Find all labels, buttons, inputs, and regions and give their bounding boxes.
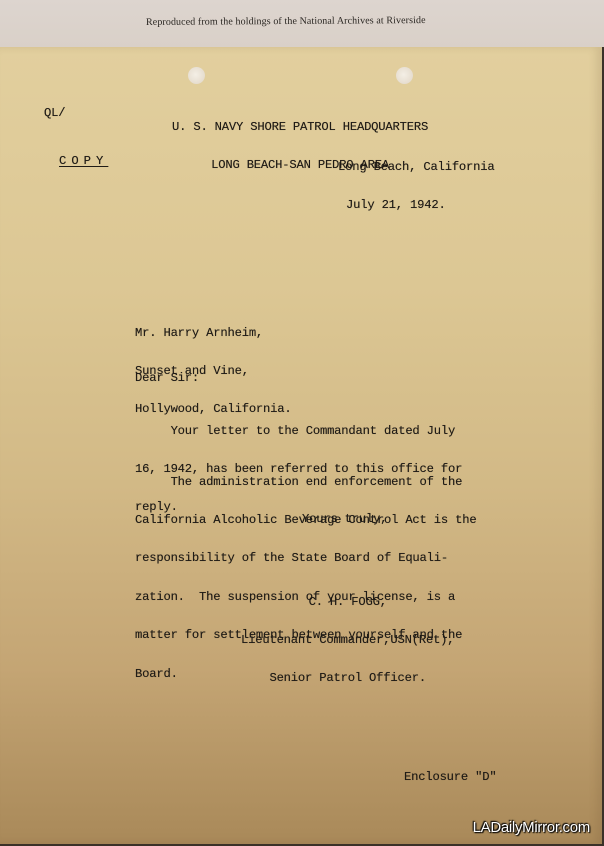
letterhead-line-1: U. S. NAVY SHORE PATROL HEADQUARTERS	[172, 121, 428, 134]
signer-name: C. H. FOGG,	[241, 596, 454, 609]
signer-rank: Lieutenant Commander,USN(Ret),	[241, 634, 454, 647]
scanner-background: Reproduced from the holdings of the Nati…	[0, 0, 604, 48]
date: July 21, 1942.	[338, 199, 495, 212]
punch-hole-icon	[396, 67, 413, 84]
letter-page: QL/ U. S. NAVY SHORE PATROL HEADQUARTERS…	[0, 47, 604, 846]
place: Long Beach, California	[338, 161, 495, 174]
copy-stamp: COPY	[59, 155, 108, 168]
body-line: responsibility of the State Board of Equ…	[135, 552, 476, 565]
body-line: Your letter to the Commandant dated July	[135, 425, 462, 438]
body-line: The administration end enforcement of th…	[135, 476, 476, 489]
salutation: Dear Sir:	[135, 372, 199, 385]
reference-initials: QL/	[44, 107, 65, 120]
signer-title: Senior Patrol Officer.	[241, 672, 454, 685]
archive-reproduction-note: Reproduced from the holdings of the Nati…	[146, 15, 426, 28]
dateline: Long Beach, California July 21, 1942.	[338, 136, 495, 237]
site-watermark: LADailyMirror.com	[473, 819, 590, 836]
enclosure-note: Enclosure "D"	[404, 771, 496, 784]
recipient-line: Mr. Harry Arnheim,	[135, 327, 292, 340]
complimentary-close: Yours truly,	[302, 513, 387, 526]
signature-block: C. H. FOGG, Lieutenant Commander,USN(Ret…	[241, 571, 454, 710]
punch-hole-icon	[188, 67, 205, 84]
